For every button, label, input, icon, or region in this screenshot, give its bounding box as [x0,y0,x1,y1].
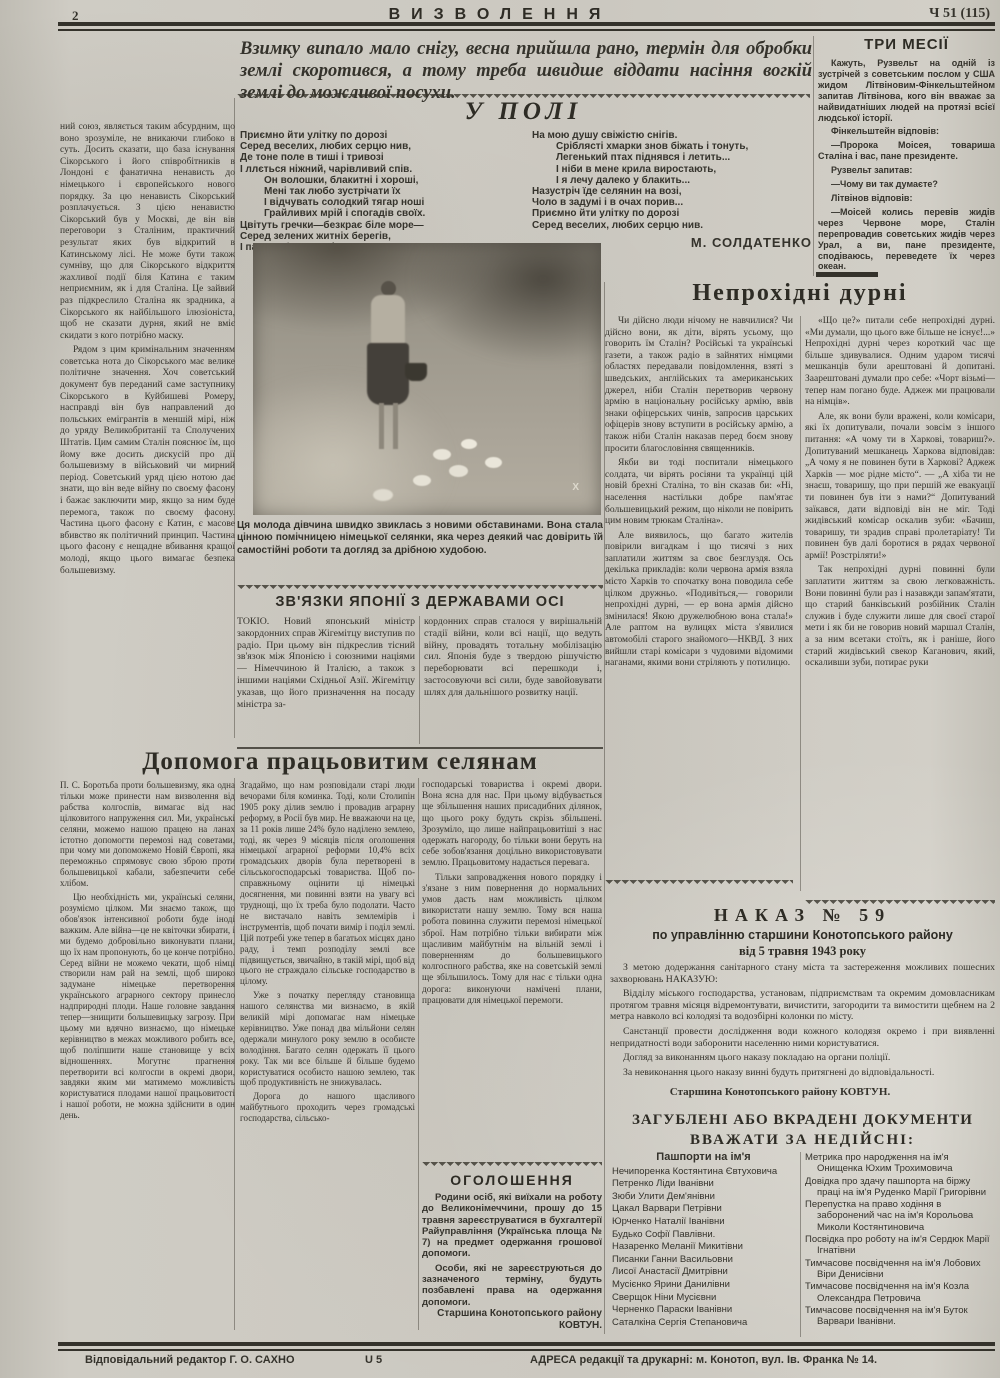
help-peasants-col3: господарські товариства і окремі двори. … [422,780,602,1158]
lost-doc-name: Писанки Ганни Васильовни [612,1254,795,1266]
photo-girl-leg [393,403,398,449]
lost-doc-entry: Тимчасове посвідчення на ім'я Лобових Ві… [805,1258,995,1281]
three-messiahs-body: Кажуть, Рузвельт на одній із зустрічей з… [818,58,995,270]
newspaper-page: 2 ВИЗВОЛЕННЯ Ч 51 (115) ний союз, являєт… [0,0,1000,1378]
lost-doc-name: Саталкіна Сергія Степановича [612,1317,795,1329]
photo-girl-leg [379,403,384,449]
weather-banner: Взимку випало мало снігу, весна прийшла … [240,38,812,90]
order59-body: З метою додержання санітарного стану міс… [610,962,995,1084]
column-rule [234,98,235,738]
poem-line: Приємно йти улітку по дорозі [532,208,812,219]
photo-girl-blouse [371,295,405,347]
article-paragraph: Але, як вони були вражені, коли комісари… [805,412,995,563]
article-paragraph: П. С. Боротьба проти большевизму, яка од… [60,780,235,889]
order-paragraph: Санстанції провести дослідження води кож… [610,1026,995,1049]
caption-wavy-rule [237,585,603,590]
lost-doc-name: Черненко Параски Іванівни [612,1304,795,1316]
three-messiahs-end-rule [816,272,878,277]
lost-doc-name: Юрченко Наталії Іванівни [612,1216,795,1228]
lost-doc-name: Сверщок Ніни Мусієвни [612,1292,795,1304]
lost-doc-entry: Тимчасове посвідчення на ім'я Буток Варв… [805,1305,995,1328]
lost-doc-entry: Довідка про здачу пашпорта на біржу прац… [805,1176,995,1199]
announcement-body: Родини осіб, які виїхали на роботу до Ве… [422,1192,602,1310]
column-rule [418,778,419,1330]
order59-date: від 5 травня 1943 року [610,944,995,959]
japan-article-col1: ТОКІО. Новий японський міністр закордонн… [237,616,415,744]
lost-docs-left-heading: Пашпорти на ім'я [612,1152,795,1164]
column-rule [604,282,605,1334]
order59-title: НАКАЗ № 59 [610,905,995,926]
article-paragraph: Тільки запровадження нового порядку і з'… [422,873,602,1007]
announcement-title: ОГОЛОШЕННЯ [422,1172,602,1188]
photo-chicken [485,457,502,468]
lost-doc-name: Петренко Ліди Іванівни [612,1178,795,1190]
photo-chicken [373,489,393,501]
lost-doc-entry: Метрика про народження на ім'я Онищенка … [805,1152,995,1175]
photo-sunlit-ground [253,375,453,515]
lost-doc-name: Нечипоренка Костянтина Євтуховича [612,1166,795,1178]
article-paragraph: господарські товариства і окремі двори. … [422,780,602,870]
article-paragraph: —Пророка Моісея, товариша Сталіна і вас,… [818,140,995,162]
three-messiahs-title: ТРИ МЕСІЇ [818,36,995,53]
poem-line: Сріблясті хмарки знов біжать і тонуть, [532,141,812,152]
article-paragraph: —Моісей колись перевів жидів через Черво… [818,207,995,270]
footer-print-mark: U 5 [365,1354,382,1366]
lost-doc-name: Лисої Анастасії Дмитрівни [612,1266,795,1278]
help-peasants-col1: П. С. Боротьба проти большевизму, яка од… [60,780,235,1326]
photo-chicken [433,449,451,460]
japan-article-title: ЗВ'ЯЗКИ ЯПОНІЇ З ДЕРЖАВАМИ ОСІ [237,594,603,610]
announcement-paragraph: Особи, які не зареєструються до зазначен… [422,1263,602,1308]
article-paragraph: Фінкельштейн відповів: [818,126,995,137]
article-paragraph: Уже з початку перегляду становища нашого… [240,990,415,1088]
article-paragraph: Чи дійсно люди нічому не навчилися? Чи д… [605,316,793,455]
order59-signature: Старшина Конотопського району КОВТУН. [610,1086,950,1098]
article-paragraph: —Чому ви так думаєте? [818,179,995,190]
poem-line: І ніби в мене крила виростають, [532,164,812,175]
photo-feed-bucket [405,363,427,381]
photo-shed-shadow [411,243,601,363]
article-paragraph: ний союз, являється таким абсурдним, що … [60,122,235,342]
column-rule [813,36,814,276]
photo-girl-head [381,281,396,296]
lost-doc-name: Назаренко Меланії Микитівни [612,1241,795,1253]
impassable-fools-col2: «Що це?» питали себе непрохідні дурні. «… [805,316,995,896]
poem-line: І відчувать солодкий тягар ноші [240,197,518,208]
help-peasants-title: Допомога працьовитим селянам [75,748,605,776]
poem-line: Легенький птах піднявся і летить... [532,152,812,163]
order-paragraph: Догляд за виконанням цього наказу поклад… [610,1052,995,1064]
lost-docs-title-line1: ЗАГУБЛЕНІ АБО ВКРАДЕНІ ДОКУМЕНТИ [610,1112,995,1129]
announcement-signature: Старшина Конотопського району КОВТУН. [422,1308,602,1332]
article-paragraph: «Що це?» питали себе непрохідні дурні. «… [805,316,995,409]
poem-line: Грайливих мрій і спогадів своїх. [240,208,518,219]
help-peasants-col2: Згадаймо, що нам розповідали старі люди … [240,780,415,1326]
article-paragraph: Кажуть, Рузвельт на одній із зустрічей з… [818,58,995,123]
lost-doc-entry: Перепустка на право ходіння в заборонени… [805,1199,995,1233]
poem-line: Чоло в задумі і в очах порив... [532,197,812,208]
footer-rule [58,1342,995,1351]
poem-line: Серед веселих, любих серцю нив. [532,220,812,231]
poem-title: У ПОЛІ [237,98,810,126]
impassable-fools-title: Непрохідні дурні [605,280,995,307]
order59-subtitle: по управлінню старшини Конотопського рай… [610,928,995,942]
poem-line: Приємно йти улітку по дорозі [240,130,518,141]
issue-number: Ч 51 (115) [929,6,990,22]
poem-line: На мою душу свіжістю снігів. [532,130,812,141]
lost-doc-entry: Тимчасове посвідчення на ім'я Козла Олек… [805,1281,995,1304]
lost-doc-name: Цакал Варвари Петрівни [612,1203,795,1215]
header-rule [58,22,995,31]
column-rule [234,778,235,1330]
photo-caption: Ця молода дівчина швидко звиклась з нови… [237,520,603,557]
lost-doc-name: Мусієнко Ярини Данилівни [612,1279,795,1291]
order-paragraph: З метою додержання санітарного стану міс… [610,962,995,985]
sikorsky-article-column: ний союз, являється таким абсурдним, що … [60,122,235,734]
poem-line: Цвітуть гречки—безкрає біле море— [240,220,518,231]
poem-line: Серед зелених житніх берегів, [240,231,518,242]
photo-girl-skirt [367,343,409,405]
order-paragraph: За невиконання цього наказу винні будуть… [610,1067,995,1079]
lost-docs-title-line2: ВВАЖАТИ ЗА НЕДІЙСНІ: [610,1132,995,1149]
article-paragraph: Згадаймо, що нам розповідали старі люди … [240,780,415,987]
article-paragraph: Рядом з цим кримінальним значенням совет… [60,345,235,577]
fools-col1-wavy-rule [605,880,793,885]
order-paragraph: Відділу міського господарства, установам… [610,988,995,1023]
announcement-paragraph: Родини осіб, які виїхали на роботу до Ве… [422,1192,602,1260]
article-paragraph: Так непрохідні дурні повинні були заплат… [805,565,995,669]
poem-line: Мені так любо зустрічати їх [240,186,518,197]
poem-line: Серед веселих, любих серцю нив, [240,141,518,152]
photo-chicken [413,475,431,486]
photo-chicken [461,439,477,449]
lost-doc-entry: Посвідка про роботу на ім'я Сердюк Марії… [805,1234,995,1257]
column-rule [800,1152,801,1337]
column-rule [419,616,420,744]
article-paragraph: Цю необхідність ми, українські селяни, р… [60,892,235,1121]
lost-doc-name: Будько Софії Павлівни. [612,1229,795,1241]
article-paragraph: Якби ви тоді поспитали німецького солдат… [605,458,793,528]
footer-address: АДРЕСА редакції та друкарні: м. Конотоп,… [530,1354,877,1366]
poem-left-column: Приємно йти улітку по дорозі Серед весел… [240,130,518,253]
poem-line: І я лечу далеко у блакить... [532,175,812,186]
article-paragraph: Але виявилось, що багато жителів повірил… [605,531,793,670]
poem-line: Назустріч їде селянин на возі, [532,186,812,197]
article-paragraph: Літвінов відповів: [818,193,995,204]
announcement-wavy-rule [422,1162,602,1167]
japan-article-col2: кордонних справ сталося у вирішальній ст… [424,616,602,744]
article-paragraph: Рузвельт запитав: [818,165,995,176]
lost-docs-right-column: Метрика про народження на ім'я Онищенка … [805,1152,995,1337]
impassable-fools-col1: Чи дійсно люди нічому не навчилися? Чи д… [605,316,793,856]
photo-chicken [449,465,468,477]
photo-x-mark: X [572,482,579,493]
poem-right-column: На мою душу свіжістю снігів. Сріблясті х… [532,130,812,248]
footer-editor: Відповідальний редактор Г. О. САХНО [85,1354,295,1366]
poem-line: Де тоне поле в тиші і тривозі [240,152,518,163]
photo-girl-with-chickens: X [253,243,601,515]
poem-line: Он волошки, блакитні і хороші, [240,175,518,186]
lost-doc-name: Зюби Улити Дем'янівни [612,1191,795,1203]
lost-docs-left-column: Пашпорти на ім'я Нечипоренка Костянтина … [612,1152,795,1337]
poem-line: І ллється ніжний, чарівливий спів. [240,164,518,175]
column-rule [800,316,801,891]
article-paragraph: Дорога до нашого щасливого майбутнього п… [240,1091,415,1124]
